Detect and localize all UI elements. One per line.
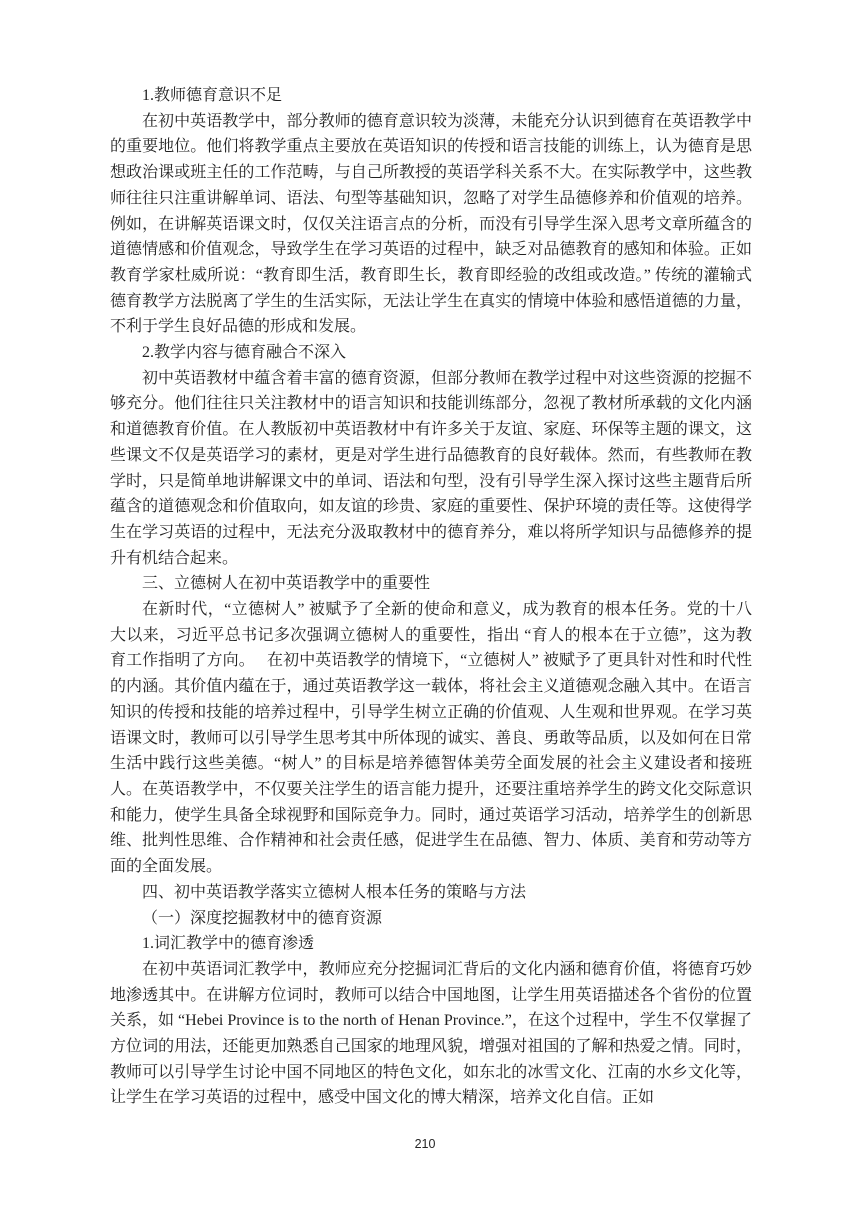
subheading-teacher-moral-awareness: 1.教师德育意识不足 xyxy=(110,83,752,109)
page-body-text: 1.教师德育意识不足 在初中英语教学中，部分教师的德育意识较为淡薄，未能充分认识… xyxy=(110,83,752,1111)
subheading-vocabulary-moral-education: 1.词汇教学中的德育渗透 xyxy=(110,931,752,957)
paragraph-content-integration: 初中英语教材中蕴含着丰富的德育资源，但部分教师在教学过程中对这些资源的挖掘不够充… xyxy=(110,366,752,572)
subheading-excavate-textbook-resources: （一）深度挖掘教材中的德育资源 xyxy=(110,906,752,932)
heading-section-4-strategies: 四、初中英语教学落实立德树人根本任务的策略与方法 xyxy=(110,880,752,906)
document-page: 1.教师德育意识不足 在初中英语教学中，部分教师的德育意识较为淡薄，未能充分认识… xyxy=(0,0,850,1205)
paragraph-vocabulary-teaching: 在初中英语词汇教学中，教师应充分挖掘词汇背后的文化内涵和德育价值，将德育巧妙地渗… xyxy=(110,957,752,1111)
page-number: 210 xyxy=(0,1137,850,1151)
paragraph-teacher-moral-awareness: 在初中英语教学中，部分教师的德育意识较为淡薄，未能充分认识到德育在英语教学中的重… xyxy=(110,109,752,340)
paragraph-lideshuren-importance: 在新时代，“立德树人” 被赋予了全新的使命和意义，成为教育的根本任务。党的十八大… xyxy=(110,597,752,880)
subheading-content-integration: 2.教学内容与德育融合不深入 xyxy=(110,340,752,366)
heading-section-3-importance: 三、立德树人在初中英语教学中的重要性 xyxy=(110,571,752,597)
